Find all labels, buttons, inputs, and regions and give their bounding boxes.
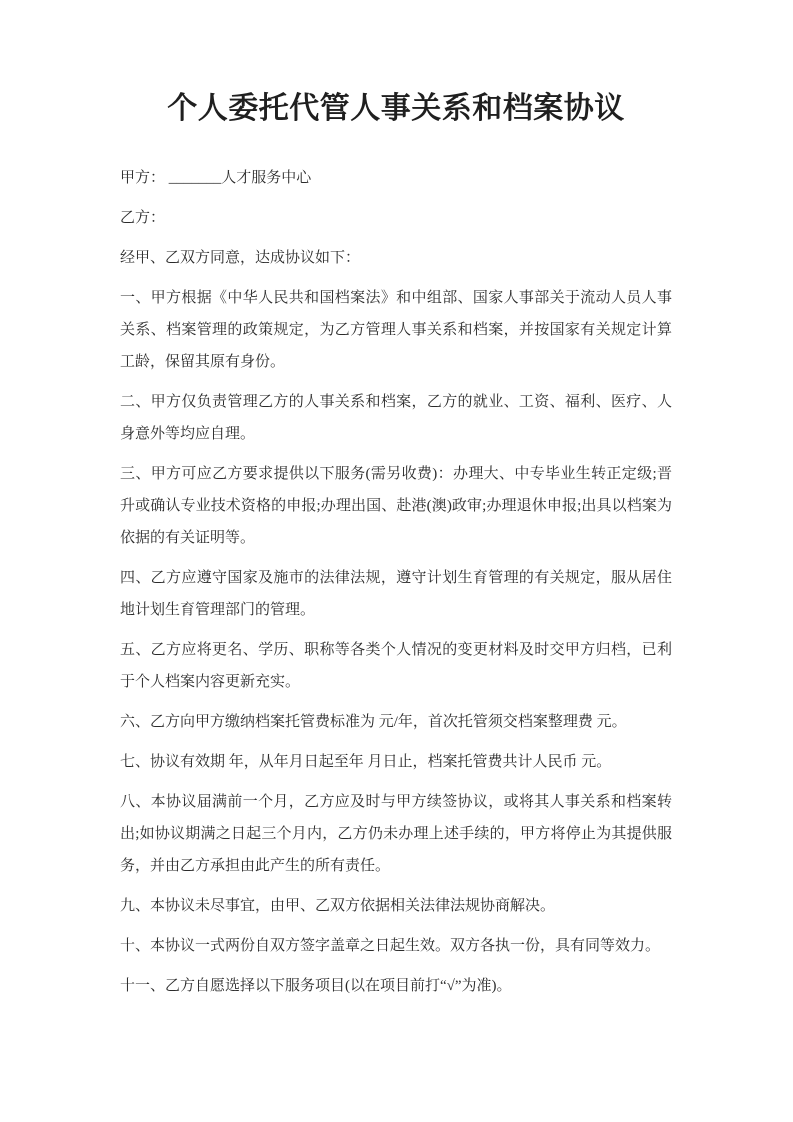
clause-6: 六、乙方向甲方缴纳档案托管费标准为 元/年，首次托管须交档案整理费 元。	[120, 706, 672, 738]
clause-5: 五、乙方应将更名、学历、职称等各类个人情况的变更材料及时交甲方归档，已利于个人档…	[120, 634, 672, 698]
clause-8: 八、本协议届满前一个月，乙方应及时与甲方续签协议，或将其人事关系和档案转出;如协…	[120, 786, 672, 882]
clause-11: 十一、乙方自愿选择以下服务项目(以在项目前打“√”为准)。	[120, 970, 672, 1002]
document-title: 个人委托代管人事关系和档案协议	[120, 88, 672, 130]
clause-7: 七、协议有效期 年，从年月日起至年 月日止，档案托管费共计人民币 元。	[120, 746, 672, 778]
clause-4: 四、乙方应遵守国家及施市的法律法规，遵守计划生育管理的有关规定，服从居住地计划生…	[120, 562, 672, 626]
clause-2: 二、甲方仅负责管理乙方的人事关系和档案，乙方的就业、工资、福利、医疗、人身意外等…	[120, 386, 672, 450]
clause-3: 三、甲方可应乙方要求提供以下服务(需另收费)：办理大、中专毕业生转正定级;晋升或…	[120, 458, 672, 554]
party-a-label: 甲方：	[120, 170, 165, 186]
clause-1: 一、甲方根据《中华人民共和国档案法》和中组部、国家人事部关于流动人员人事关系、档…	[120, 282, 672, 378]
preamble: 经甲、乙双方同意，达成协议如下：	[120, 242, 672, 274]
party-b-line: 乙方：	[120, 202, 672, 234]
party-a-line: 甲方： _______人才服务中心	[120, 162, 672, 194]
party-b-label: 乙方：	[120, 210, 165, 226]
clause-10: 十、本协议一式两份自双方签字盖章之日起生效。双方各执一份，具有同等效力。	[120, 930, 672, 962]
party-a-value: _______人才服务中心	[169, 170, 312, 186]
clause-9: 九、本协议未尽事宜，由甲、乙双方依据相关法律法规协商解决。	[120, 890, 672, 922]
document-page: 个人委托代管人事关系和档案协议 甲方： _______人才服务中心 乙方： 经甲…	[0, 0, 793, 1122]
